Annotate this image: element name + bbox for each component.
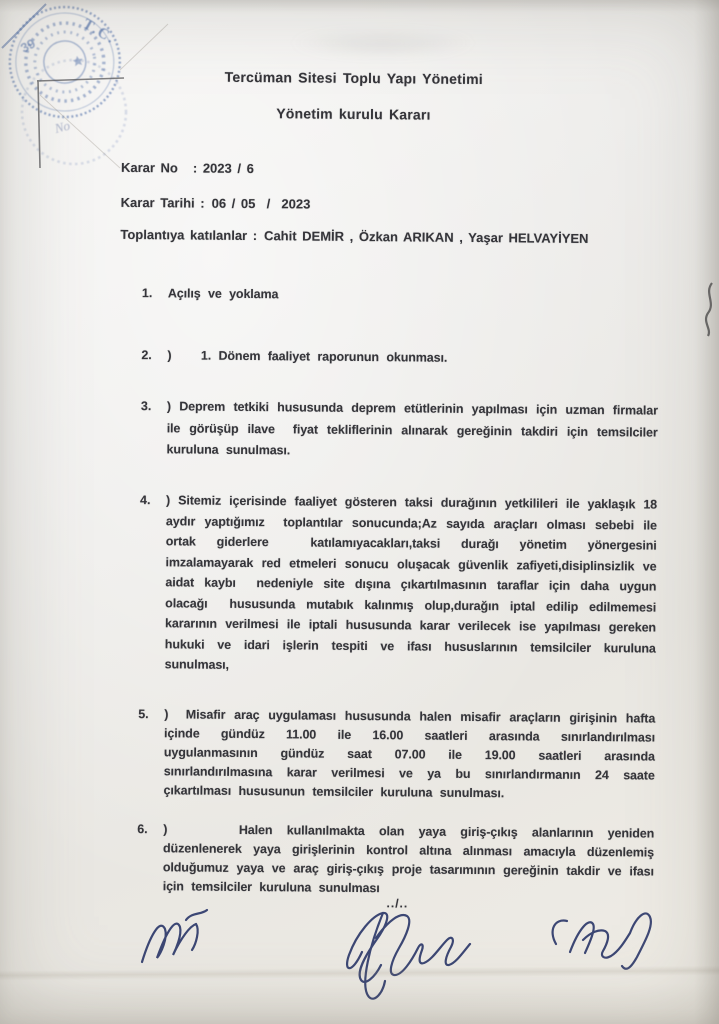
agenda-item-number: 6. xyxy=(137,820,164,896)
agenda-item-text: ) Deprem tetkiki hususunda deprem etütle… xyxy=(166,396,658,465)
agenda-item-list: 1.Açılış ve yoklama 2.) 1. Dönem faaliye… xyxy=(0,0,719,1024)
agenda-item-3: 3.) Deprem tetkiki hususunda deprem etüt… xyxy=(140,396,658,465)
agenda-item-text: ) Sitemiz içerisinde faaliyet gösteren t… xyxy=(165,490,658,679)
agenda-item-text: ) 1. Dönem faaliyet raporunun okunması. xyxy=(167,345,658,369)
agenda-item-number: 3. xyxy=(140,396,167,461)
agenda-item-number: 4. xyxy=(139,490,167,675)
agenda-item-number: 1. xyxy=(142,283,168,303)
document-content: Tercüman Sitesi Toplu Yapı Yönetimi Yöne… xyxy=(0,0,719,1024)
agenda-item-number: 2. xyxy=(141,345,167,365)
agenda-item-1: 1.Açılış ve yoklama xyxy=(142,283,659,308)
agenda-item-text: Açılış ve yoklama xyxy=(168,283,659,307)
continuation-mark: ../.. xyxy=(387,896,409,910)
agenda-item-text: ) Halen kullanılmakta olan yaya giriş-çı… xyxy=(163,820,655,900)
agenda-item-text: ) Misafir araç uygulaması hususunda hale… xyxy=(163,705,655,804)
agenda-item-6: 6.) Halen kullanılmakta olan yaya giriş-… xyxy=(137,820,655,901)
agenda-item-4: 4.) Sitemiz içerisinde faaliyet gösteren… xyxy=(139,490,658,679)
agenda-item-number: 5. xyxy=(137,705,164,800)
document-photo: T.C. 39 No Tercüman Sitesi Toplu Yapı Yö… xyxy=(0,0,719,1024)
agenda-item-5: 5.) Misafir araç uygulaması hususunda ha… xyxy=(137,705,655,805)
agenda-item-2: 2.) 1. Dönem faaliyet raporunun okunması… xyxy=(141,345,658,370)
